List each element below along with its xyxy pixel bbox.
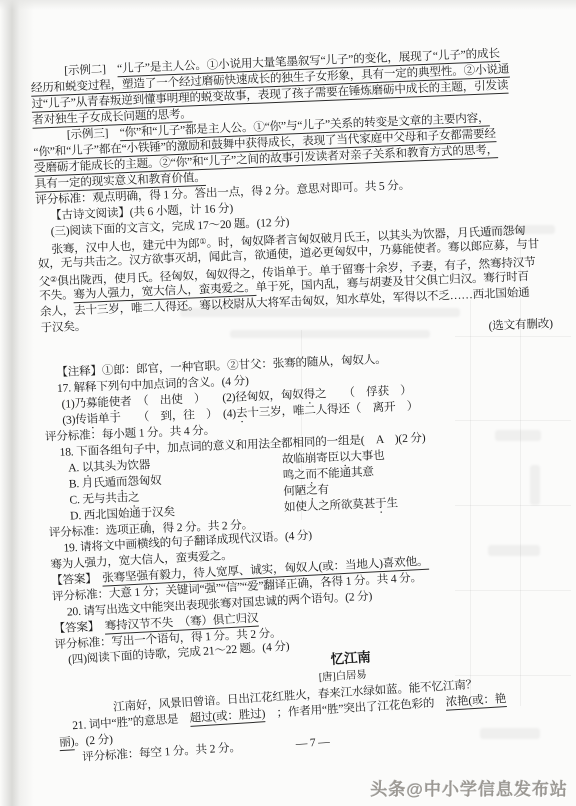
text-segment: 以 (82, 461, 94, 474)
page-spine-shadow (0, 0, 34, 806)
text-segment: 浓艳(或：艳 (445, 692, 506, 710)
text-segment: 不失。 (39, 288, 74, 302)
text-segment: 单于 （ 到，往 ） (4) (98, 407, 236, 426)
text-segment: 其头为饮器 (93, 458, 150, 473)
text-segment: D. 西北国始通 (70, 507, 141, 523)
page-top-edge-shadow (0, 0, 576, 10)
text-segment: B. 月氏遁 (69, 476, 117, 491)
text-segment: 汉矣 (152, 505, 175, 519)
text-segment: A. (68, 461, 82, 475)
text-segment: (选文有删改) (488, 317, 553, 333)
text-segment: C. 无与共击 (69, 491, 128, 506)
text-segment: 而 (305, 468, 317, 481)
text-segment: 于 (140, 506, 152, 519)
text-segment: 于 (375, 497, 387, 510)
text-segment: 。(2 分) (74, 733, 113, 748)
text-segment: 于汉矣。 (40, 320, 86, 335)
text-segment: 使 (108, 395, 120, 408)
text-segment: 去 (236, 406, 248, 419)
text-segment: 故临崩寄臣 (282, 451, 339, 466)
text-segment: 有 (317, 483, 329, 496)
text-segment: 得 (303, 388, 315, 401)
text-segment: 【答案】 (53, 620, 105, 636)
text-segment: 之 （ 俘获 ） (315, 384, 412, 401)
text-segment: [示例三] (67, 126, 120, 141)
text-segment: 之 (306, 484, 318, 497)
text-segment: 而 (116, 475, 128, 488)
text-segment: 丽) (59, 735, 75, 750)
text-segment: 诣 (86, 412, 98, 425)
text-segment: 不能通其意 (317, 465, 374, 480)
text-segment: 何陋 (283, 484, 306, 498)
answer-section-top: [示例二] “儿子”是主人公。①小说用大量笔墨叙写“儿子”的变化，展现了“儿子”… (30, 44, 571, 542)
text-segment: 如使人之所欲莫甚 (284, 497, 376, 514)
text-segment: 怨匈奴 (127, 474, 162, 488)
text-segment: (3)传 (62, 413, 87, 427)
text-segment: [唐]白居易 (318, 670, 366, 684)
text-segment: 忆江南 (330, 649, 371, 666)
scanned-answer-sheet: [示例二] “儿子”是主人公。①小说用大量笔墨叙写“儿子”的变化，展现了“儿子”… (30, 44, 576, 767)
text-segment: 生 (386, 496, 398, 509)
text-segment: (1)乃募能 (61, 396, 109, 411)
text-segment: [示例二] (64, 62, 117, 77)
text-segment: 大事也 (350, 449, 385, 463)
text-segment: 鸣之 (282, 468, 305, 482)
text-segment: 之 (128, 491, 140, 504)
watermark: 头条@中小学信息发布站 (370, 775, 568, 800)
page-number: — 7 — (295, 735, 330, 750)
text-segment: 【答案】 (51, 572, 103, 588)
